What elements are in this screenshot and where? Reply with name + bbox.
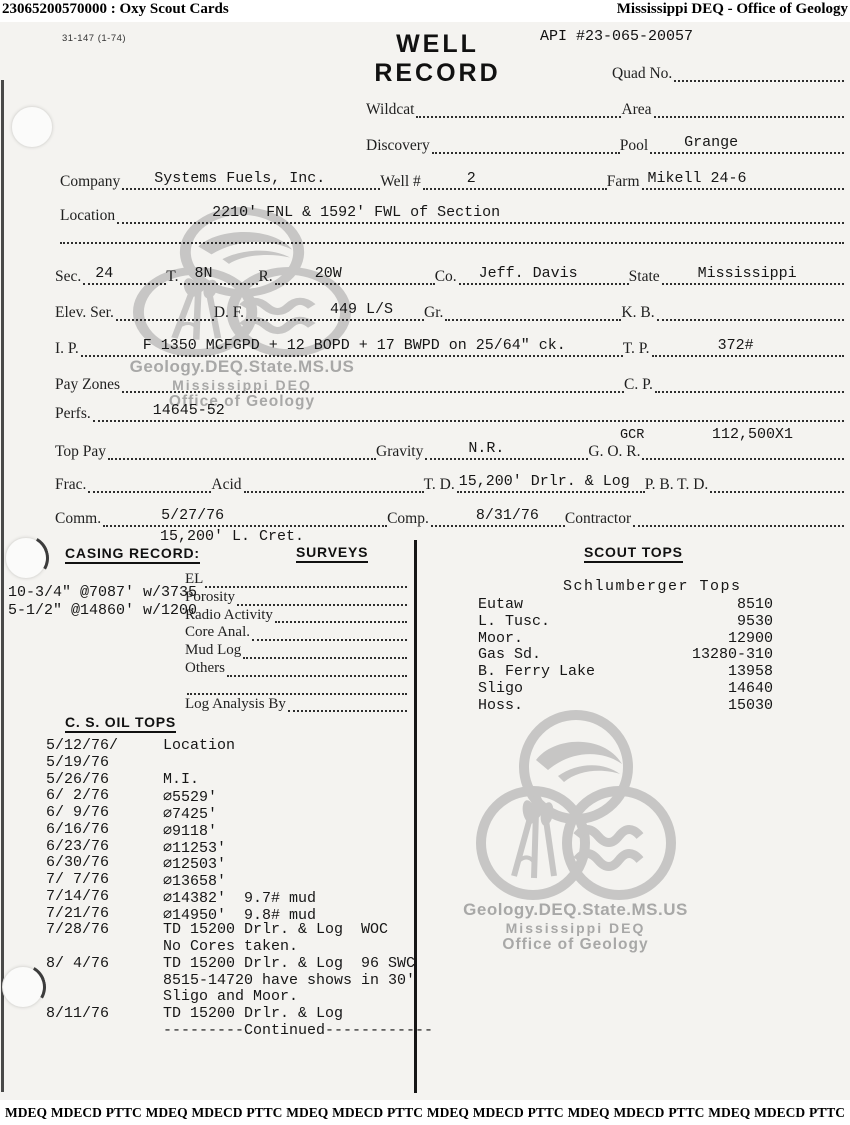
field-section-row: Sec. 24 T. 8N R. 20W Co. Jeff. Davis Sta…	[55, 261, 844, 285]
tp-value: 372#	[718, 337, 754, 354]
df-line: 449 L/S	[246, 297, 424, 321]
oil-tops-heading: C. S. OIL TOPS	[65, 714, 176, 733]
state-line: Mississippi	[662, 261, 844, 285]
well-record-scan: Geology.DEQ.State.MS.US Mississippi DEQ …	[0, 22, 850, 1100]
scout-top-row: Moor.12900	[478, 630, 773, 647]
field-toppay-gravity-gor: Top Pay Gravity N.R. G. O. R.	[55, 436, 844, 460]
perfs-value: 14645-52	[153, 402, 225, 419]
range-line: 20W	[275, 261, 435, 285]
survey-label: Radio Activity	[185, 608, 275, 624]
report-entry: M.I.	[163, 771, 199, 788]
comp-value: 8/31/76	[476, 507, 539, 524]
formation-name: Sligo	[478, 680, 673, 697]
report-entry: ∅14382' 9.7# mud	[163, 888, 316, 905]
sec-value: 24	[95, 265, 113, 282]
report-entry: Location	[163, 737, 235, 754]
county-label: Co.	[435, 269, 459, 285]
oil-top-row: 7/14/76∅14382' 9.7# mud	[46, 888, 433, 905]
formation-name: Gas Sd.	[478, 646, 673, 663]
report-entry: ∅14950' 9.8# mud	[163, 905, 316, 922]
report-date: 6/ 9/76	[46, 804, 163, 821]
quad-no-line	[674, 58, 844, 82]
report-date	[46, 1022, 163, 1039]
report-entry: No Cores taken.	[163, 938, 298, 955]
gor-line	[642, 436, 844, 460]
report-entry: ∅12503'	[163, 854, 226, 871]
page-title: WELL RECORD	[330, 30, 545, 88]
report-entry: ∅7425'	[163, 804, 217, 821]
footer-token: MDECD	[332, 1105, 383, 1121]
document-id: 23065200570000 : Oxy Scout Cards	[2, 1, 229, 18]
oil-top-row: 5/12/76/Location	[46, 737, 433, 754]
footer-token: PTTC	[528, 1105, 564, 1121]
township-line: 8N	[180, 261, 258, 285]
column-divider	[414, 540, 417, 1093]
formation-name: B. Ferry Lake	[478, 663, 673, 680]
footer-token: PTTC	[668, 1105, 704, 1121]
oil-top-row: 6/30/76∅12503'	[46, 854, 433, 871]
ip-value: F 1350 MCFGPD + 12 BOPD + 17 BWPD on 25/…	[143, 337, 566, 354]
tp-label: T. P.	[623, 341, 652, 357]
report-date: 6/30/76	[46, 854, 163, 871]
td-label: T. D.	[424, 477, 457, 493]
footer-token: MDEQ	[5, 1105, 47, 1121]
area-line	[654, 94, 844, 118]
footer-token: MDEQ	[286, 1105, 328, 1121]
frac-label: Frac.	[55, 477, 88, 493]
ip-line: F 1350 MCFGPD + 12 BOPD + 17 BWPD on 25/…	[81, 333, 623, 357]
survey-label: Porosity	[185, 590, 237, 606]
oil-top-row: 7/ 7/76∅13658'	[46, 871, 433, 888]
formation-depth: 13958	[673, 663, 773, 680]
pbtd-label: P. B. T. D.	[645, 477, 711, 493]
formation-depth: 12900	[673, 630, 773, 647]
blank-rule	[60, 220, 844, 244]
survey-row: Mud Log	[185, 641, 407, 659]
range-label: R.	[258, 269, 274, 285]
pool-line: Grange	[650, 130, 844, 154]
report-date: 6/23/76	[46, 838, 163, 855]
report-entry: ∅11253'	[163, 838, 226, 855]
comm-value: 5/27/76	[161, 507, 224, 524]
well-no-line: 2	[423, 166, 607, 190]
report-date: 6/ 2/76	[46, 787, 163, 804]
formation-depth: 8510	[673, 596, 773, 613]
pbtd-line	[710, 469, 844, 493]
survey-row: EL	[185, 570, 407, 588]
report-date: 7/21/76	[46, 905, 163, 922]
acid-line	[244, 469, 424, 493]
survey-row: Radio Activity	[185, 606, 407, 624]
survey-row: Core Anal.	[185, 623, 407, 641]
field-company-well-farm: Company Systems Fuels, Inc. Well # 2 Far…	[60, 166, 844, 190]
footer-token: MDECD	[473, 1105, 524, 1121]
footer-token: PTTC	[246, 1105, 282, 1121]
survey-label: EL	[185, 572, 205, 588]
field-comm-comp-contractor: Comm. 5/27/76 Comp. 8/31/76 Contractor	[55, 503, 844, 527]
farm-label: Farm	[607, 174, 642, 190]
formation-name: L. Tusc.	[478, 613, 673, 630]
footer-token: PTTC	[106, 1105, 142, 1121]
report-entry: TD 15200 Drlr. & Log WOC	[163, 921, 388, 938]
casing-line: 5-1/2" @14860' w/1200	[8, 602, 197, 620]
oil-top-row: 7/28/76TD 15200 Drlr. & Log WOC	[46, 921, 433, 938]
survey-label: Core Anal.	[185, 625, 252, 641]
survey-line	[275, 606, 407, 624]
viewer-header: 23065200570000 : Oxy Scout Cards Mississ…	[0, 0, 850, 22]
company-label: Company	[60, 174, 122, 190]
comm-label: Comm.	[55, 511, 103, 527]
report-date	[46, 988, 163, 1005]
ip-label: I. P.	[55, 341, 81, 357]
contractor-label: Contractor	[565, 511, 633, 527]
oil-top-row: No Cores taken.	[46, 938, 433, 955]
county-value: Jeff. Davis	[479, 265, 578, 282]
formation-depth: 14640	[673, 680, 773, 697]
oil-tops-table: 5/12/76/Location 5/19/76 5/26/76M.I. 6/ …	[46, 737, 433, 1039]
footer-token: MDECD	[192, 1105, 243, 1121]
survey-line	[237, 588, 407, 606]
field-elevation-row: Elev. Ser. D. F. 449 L/S Gr. K. B.	[55, 297, 844, 321]
gr-label: Gr.	[424, 305, 445, 321]
report-entry: 8515-14720 have shows in 30'	[163, 972, 415, 989]
field-perfs: Perfs. 14645-52	[55, 398, 844, 422]
scout-top-row: Eutaw8510	[478, 596, 773, 613]
api-number: API #23-065-20057	[540, 28, 693, 45]
field-wildcat-area: Wildcat Area	[366, 94, 844, 118]
punch-mark	[0, 530, 54, 586]
scan-edge-shadow	[1, 80, 4, 1092]
report-entry: TD 15200 Drlr. & Log 96 SWC	[163, 955, 415, 972]
formation-name: Eutaw	[478, 596, 673, 613]
df-value: 449 L/S	[330, 301, 393, 318]
perfs-label: Perfs.	[55, 406, 93, 422]
scout-top-row: B. Ferry Lake13958	[478, 663, 773, 680]
wildcat-label: Wildcat	[366, 102, 416, 118]
oil-top-row: 8/ 4/76TD 15200 Drlr. & Log 96 SWC	[46, 955, 433, 972]
footer-token: MDEQ	[708, 1105, 750, 1121]
gr-line	[445, 297, 621, 321]
field-ip-tp: I. P. F 1350 MCFGPD + 12 BOPD + 17 BWPD …	[55, 333, 844, 357]
acid-label: Acid	[211, 477, 243, 493]
comp-label: Comp.	[387, 511, 431, 527]
township-label: T.	[166, 269, 180, 285]
farm-line: Mikell 24-6	[642, 166, 844, 190]
farm-value: Mikell 24-6	[648, 170, 747, 187]
report-date: 5/12/76/	[46, 737, 163, 754]
company-value: Systems Fuels, Inc.	[154, 170, 325, 187]
report-date: 7/14/76	[46, 888, 163, 905]
survey-label: Others	[185, 661, 227, 677]
survey-row	[185, 677, 407, 695]
survey-line	[243, 641, 407, 659]
footer-token: MDEQ	[568, 1105, 610, 1121]
well-no-value: 2	[467, 170, 476, 187]
form-number: 31-147 (1-74)	[62, 33, 126, 44]
scout-top-row: L. Tusc.9530	[478, 613, 773, 630]
footer-token: MDEQ	[427, 1105, 469, 1121]
hole-punch	[11, 106, 53, 148]
hole-punch	[2, 966, 44, 1008]
viewer-footer: MDEQ MDECD PTTC MDEQ MDECD PTTC MDEQ MDE…	[0, 1100, 850, 1125]
report-date: 7/28/76	[46, 921, 163, 938]
formation-depth: 9530	[673, 613, 773, 630]
footer-token: MDECD	[51, 1105, 102, 1121]
footer-token: PTTC	[809, 1105, 845, 1121]
range-value: 20W	[315, 265, 342, 282]
footer-token: PTTC	[387, 1105, 423, 1121]
field-quad-no: Quad No.	[612, 58, 844, 82]
contractor-line	[633, 503, 844, 527]
report-entry: ∅9118'	[163, 821, 217, 838]
field-discovery-pool: Discovery Pool Grange	[366, 130, 844, 154]
casing-record-heading: CASING RECORD:	[65, 545, 200, 564]
report-date: 8/ 4/76	[46, 955, 163, 972]
scout-top-row: Gas Sd.13280-310	[478, 646, 773, 663]
survey-line	[288, 695, 407, 713]
pool-label: Pool	[620, 138, 650, 154]
report-date	[46, 972, 163, 989]
pay-zones-line	[122, 369, 624, 393]
cp-label: C. P.	[624, 377, 655, 393]
sec-label: Sec.	[55, 269, 83, 285]
td-value: 15,200' Drlr. & Log	[459, 473, 630, 490]
cp-line	[655, 369, 844, 393]
footer-token: MDEQ	[146, 1105, 188, 1121]
df-label: D. F.	[214, 305, 246, 321]
oil-top-row: 8/11/76TD 15200 Drlr. & Log	[46, 1005, 433, 1022]
kb-label: K. B.	[621, 305, 656, 321]
report-date: 7/ 7/76	[46, 871, 163, 888]
elev-ser-label: Elev. Ser.	[55, 305, 116, 321]
surveys-list: EL Porosity Radio Activity Core Anal. Mu…	[185, 570, 407, 712]
gravity-label: Gravity	[376, 444, 425, 460]
company-line: Systems Fuels, Inc.	[122, 166, 380, 190]
survey-label: Log Analysis By	[185, 697, 288, 713]
wildcat-line	[416, 94, 621, 118]
punch-mark	[0, 959, 51, 1015]
oil-top-row: 6/23/76∅11253'	[46, 838, 433, 855]
casing-record-list: 10-3/4" @7087' w/3735 5-1/2" @14860' w/1…	[8, 584, 197, 620]
footer-token: MDECD	[754, 1105, 805, 1121]
casing-line: 10-3/4" @7087' w/3735	[8, 584, 197, 602]
oil-top-row: 6/16/76∅9118'	[46, 821, 433, 838]
report-date: 8/11/76	[46, 1005, 163, 1022]
discovery-label: Discovery	[366, 138, 432, 154]
location-value: 2210' FNL & 1592' FWL of Section	[212, 204, 500, 221]
oil-top-row: Sligo and Moor.	[46, 988, 433, 1005]
gravity-value: N.R.	[468, 440, 504, 457]
scout-top-row: Hoss.15030	[478, 697, 773, 714]
report-date: 5/19/76	[46, 754, 163, 771]
state-value: Mississippi	[698, 265, 797, 282]
report-entry: ∅13658'	[163, 871, 226, 888]
survey-line	[205, 570, 407, 588]
survey-row: Others	[185, 659, 407, 677]
scout-tops-heading: SCOUT TOPS	[584, 544, 683, 563]
top-pay-line	[108, 436, 376, 460]
survey-row: Log Analysis By	[185, 695, 407, 713]
report-date: 6/16/76	[46, 821, 163, 838]
oil-top-row: 6/ 2/76∅5529'	[46, 787, 433, 804]
oil-top-row: 5/19/76	[46, 754, 433, 771]
tp-line: 372#	[652, 333, 844, 357]
agency-name: Mississippi DEQ - Office of Geology	[617, 1, 848, 18]
scout-top-row: Sligo14640	[478, 680, 773, 697]
report-date: 5/26/76	[46, 771, 163, 788]
oil-top-row: 8515-14720 have shows in 30'	[46, 972, 433, 989]
gravity-line: N.R.	[425, 436, 588, 460]
report-entry: TD 15200 Drlr. & Log	[163, 1005, 343, 1022]
oil-top-row: 7/21/76∅14950' 9.8# mud	[46, 905, 433, 922]
survey-row: Porosity	[185, 588, 407, 606]
comp-line: 8/31/76	[431, 503, 565, 527]
township-value: 8N	[194, 265, 212, 282]
footer-token: MDECD	[613, 1105, 664, 1121]
survey-line	[252, 623, 407, 641]
formation-depth: 13280-310	[673, 646, 773, 663]
sec-line: 24	[83, 261, 166, 285]
pool-value: Grange	[684, 134, 738, 151]
survey-line	[187, 677, 407, 695]
gor-label: G. O. R.	[588, 444, 642, 460]
scout-tops-table: Eutaw8510 L. Tusc.9530 Moor.12900 Gas Sd…	[478, 596, 773, 714]
comm-line: 5/27/76	[103, 503, 387, 527]
hole-punch	[5, 537, 47, 579]
perfs-line: 14645-52	[93, 398, 844, 422]
quad-no-label: Quad No.	[612, 66, 674, 82]
well-no-label: Well #	[380, 174, 423, 190]
surveys-heading: SURVEYS	[296, 544, 368, 563]
discovery-line	[432, 130, 620, 154]
oil-top-row: 5/26/76M.I.	[46, 771, 433, 788]
frac-line	[88, 469, 211, 493]
blank-line	[60, 220, 844, 244]
td-line: 15,200' Drlr. & Log	[457, 469, 645, 493]
county-line: Jeff. Davis	[459, 261, 629, 285]
top-pay-label: Top Pay	[55, 444, 108, 460]
formation-name: Hoss.	[478, 697, 673, 714]
kb-line	[657, 297, 844, 321]
oil-top-row: 6/ 9/76∅7425'	[46, 804, 433, 821]
field-payzones-cp: Pay Zones C. P.	[55, 369, 844, 393]
report-entry: ∅5529'	[163, 787, 217, 804]
formation-depth: 15030	[673, 697, 773, 714]
survey-label: Mud Log	[185, 643, 243, 659]
state-label: State	[629, 269, 662, 285]
oil-top-row: ---------Continued------------	[46, 1022, 433, 1039]
area-label: Area	[621, 102, 653, 118]
survey-line	[227, 659, 407, 677]
report-date	[46, 938, 163, 955]
elev-ser-line	[116, 297, 214, 321]
report-entry: Sligo and Moor.	[163, 988, 298, 1005]
report-entry: ---------Continued------------	[163, 1022, 433, 1039]
formation-name: Moor.	[478, 630, 673, 647]
scout-tops-subheading: Schlumberger Tops	[563, 578, 742, 595]
pay-zones-label: Pay Zones	[55, 377, 122, 393]
field-frac-acid-td: Frac. Acid T. D. 15,200' Drlr. & Log P. …	[55, 469, 844, 493]
comm-note: 15,200' L. Cret.	[160, 528, 304, 545]
